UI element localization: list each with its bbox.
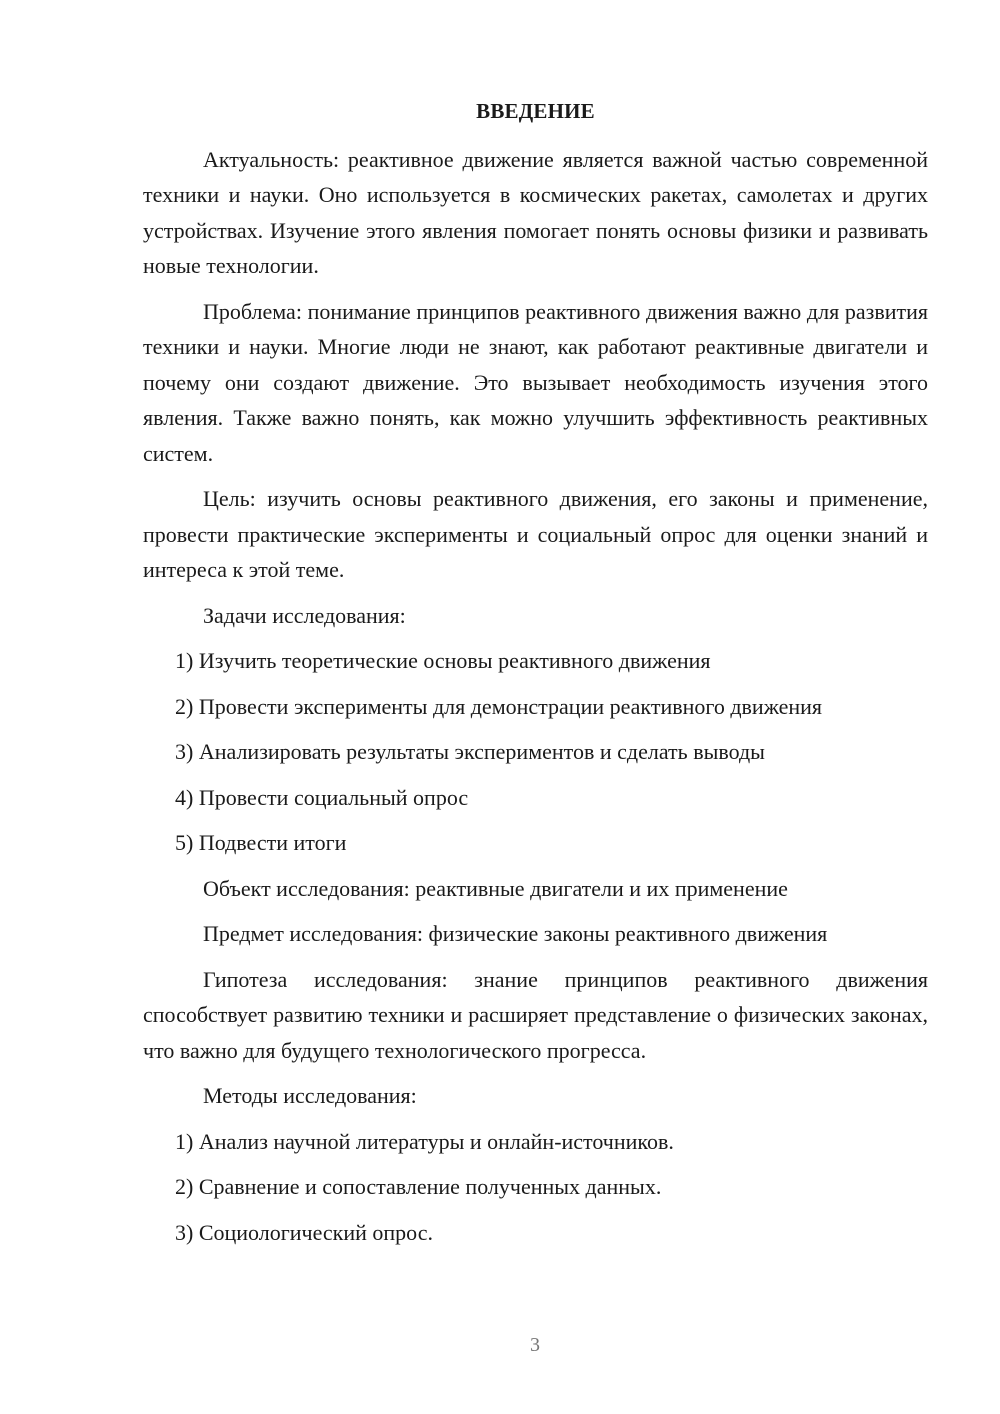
task-item: 2) Провести эксперименты для демонстраци… [143,689,928,725]
problem-paragraph: Проблема: понимание принципов реактивног… [143,294,928,472]
methods-list: 1) Анализ научной литературы и онлайн-ис… [143,1124,928,1251]
relevance-paragraph: Актуальность: реактивное движение являет… [143,142,928,284]
tasks-heading: Задачи исследования: [143,598,928,634]
method-item: 1) Анализ научной литературы и онлайн-ис… [143,1124,928,1160]
task-item: 1) Изучить теоретические основы реактивн… [143,643,928,679]
goal-paragraph: Цель: изучить основы реактивного движени… [143,481,928,588]
page-number: 3 [0,1334,1000,1357]
task-item: 3) Анализировать результаты эксперименто… [143,734,928,770]
research-subject: Предмет исследования: физические законы … [143,916,928,952]
task-item: 5) Подвести итоги [143,825,928,861]
methods-heading: Методы исследования: [143,1078,928,1114]
task-item: 4) Провести социальный опрос [143,780,928,816]
hypothesis-paragraph: Гипотеза исследования: знание принципов … [143,962,928,1069]
method-item: 3) Социологический опрос. [143,1215,928,1251]
document-page: ВВЕДЕНИЕ Актуальность: реактивное движен… [0,0,1000,1414]
page-content: ВВЕДЕНИЕ Актуальность: реактивное движен… [143,94,928,1260]
section-title: ВВЕДЕНИЕ [143,94,928,130]
research-object: Объект исследования: реактивные двигател… [143,871,928,907]
tasks-list: 1) Изучить теоретические основы реактивн… [143,643,928,861]
method-item: 2) Сравнение и сопоставление полученных … [143,1169,928,1205]
